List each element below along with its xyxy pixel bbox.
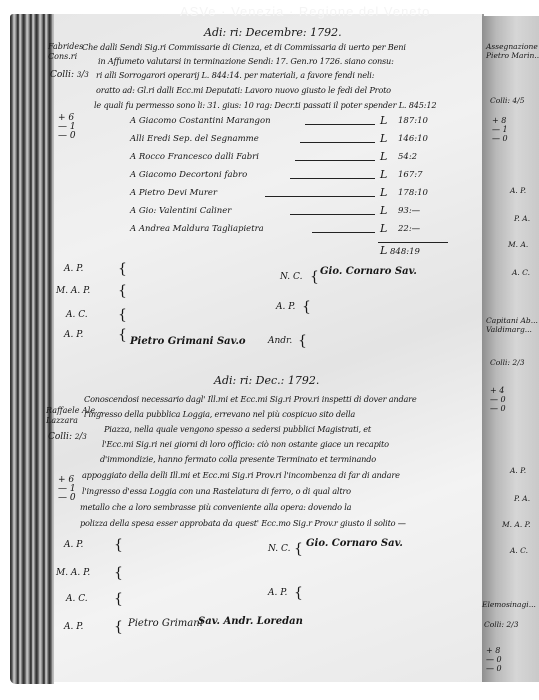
- brace-icon: {: [302, 300, 311, 314]
- entry-1-line: ri alli Sorrogarori operarij L. 844:14. …: [96, 70, 374, 80]
- signature-extra: Sav. Andr. Loredan: [198, 616, 303, 627]
- vote-label: M. A. P.: [502, 520, 531, 529]
- entry-1-tally: + 6 — 1 — 0: [58, 114, 76, 141]
- vote-label: A. P.: [64, 264, 83, 274]
- vote-label: A. C.: [66, 310, 88, 320]
- entry-2-line: l'Ecc.mi Sig.ri nei giorni di loro offic…: [102, 439, 389, 449]
- vote-label: Andr.: [268, 336, 292, 346]
- vote-label: A. C.: [512, 268, 530, 277]
- right-entry-2-colli: Colli: 2/3: [490, 358, 524, 367]
- entry-1-line: le quali fu permesso sono li: 31. gius: …: [94, 100, 436, 110]
- vote-label: P. A.: [514, 494, 530, 503]
- brace-icon: {: [298, 334, 307, 348]
- vote-label: A. P.: [64, 330, 83, 340]
- entry-1-line: oratto ad: Gl.ri dalli Ecc.mi Deputati: …: [96, 85, 391, 95]
- brace-icon: {: [310, 270, 319, 284]
- vote-label: A. P.: [268, 588, 287, 598]
- vote-label: A. C.: [66, 594, 88, 604]
- entry-2-line: appoggiato della delli Ill.mi et Ecc.mi …: [82, 470, 400, 480]
- book-binding-edge: [10, 14, 54, 684]
- vote-label: A. C.: [510, 546, 528, 555]
- vote-label: M. A.: [508, 240, 528, 249]
- archive-watermark: ASVe · Venezia · Regione del Veneto: [180, 4, 480, 19]
- ledger-row: A Giacomo Decortoni fabro L 167:7: [130, 168, 460, 186]
- brace-icon: {: [294, 542, 303, 556]
- right-entry-1-colli: Colli: 4/5: [490, 96, 524, 105]
- ledger-row: A Giacomo Costantini Marangon L 187:10: [130, 114, 460, 132]
- right-entry-1-tally: + 8 — 1 — 0: [492, 116, 508, 143]
- ledger-total: L 848:19: [380, 244, 420, 257]
- brace-icon: {: [118, 262, 127, 276]
- vote-label: A. P.: [510, 186, 526, 195]
- entry-2-line: metallo che a loro sembrasse più conveni…: [80, 502, 351, 512]
- brace-icon: {: [114, 566, 123, 580]
- entry-2-line: polizza della spesa esser approbata da q…: [80, 518, 406, 528]
- right-entry-1-name: Assegnazione Pietro Marin...: [486, 42, 539, 60]
- entry-2-date: Adi: ri: Dec.: 1792.: [214, 374, 319, 387]
- entry-2-colli: Colli: 2/3: [48, 432, 87, 442]
- total-rule: [378, 242, 448, 243]
- ledger-row: A Gio: Valentini Caliner L 93:—: [130, 204, 460, 222]
- right-entry-3-colli: Colli: 2/3: [484, 620, 518, 629]
- ledger-row: A Rocco Francesco dalli Fabri L 54:2: [130, 150, 460, 168]
- entry-1-date: Adi: ri: Decembre: 1792.: [204, 26, 342, 39]
- brace-icon: {: [294, 586, 303, 600]
- signature-left: Pietro Grimani: [128, 618, 203, 629]
- vote-label: A. P.: [510, 466, 526, 475]
- ledger-row: A Pietro Devi Murer L 178:10: [130, 186, 460, 204]
- entry-2-line: d'immondizie, hanno fermato colla presen…: [100, 454, 376, 464]
- vote-label: N. C.: [280, 272, 302, 282]
- entry-1-line: in Affumeto valutarsi in terminazione Se…: [98, 56, 394, 66]
- right-entry-2-tally: + 4 — 0 — 0: [490, 386, 506, 413]
- entry-2-line: Piazza, nella quale vengono spesso a sed…: [104, 424, 371, 434]
- right-entry-3-tally: + 8 — 0 — 0: [486, 646, 502, 673]
- vote-label: P. A.: [514, 214, 530, 223]
- signature-right: Gio. Cornaro Sav.: [320, 266, 417, 277]
- entry-2-line: Conoscendosi necessario dagl' Ill.mi et …: [84, 394, 417, 404]
- vote-label: M. A. P.: [56, 286, 90, 296]
- adjacent-page-strip: Assegnazione Pietro Marin... Colli: 4/5 …: [482, 16, 539, 682]
- entry-1-line: Che dalli Sendi Sig.ri Commissarie di Ci…: [82, 42, 406, 52]
- ledger-row: Alli Eredi Sep. del Segnamme L 146:10: [130, 132, 460, 150]
- entry-1-margin-name: Fabrides Cons.ri: [48, 42, 83, 62]
- vote-label: A. P.: [276, 302, 295, 312]
- right-entry-3-name: Elemosinagi...: [482, 600, 536, 609]
- entry-2-line: l'ingresso d'essa Loggia con una Rastela…: [82, 486, 351, 496]
- right-entry-2-name: Capitani Ab... Valdimarg...: [486, 316, 538, 334]
- brace-icon: {: [114, 538, 123, 552]
- vote-label: N. C.: [268, 544, 290, 554]
- entry-2-line: l'ingresso della pubblica Loggia, erreva…: [84, 409, 355, 419]
- brace-icon: {: [114, 620, 123, 634]
- vote-label: M. A. P.: [56, 568, 90, 578]
- payment-ledger: A Giacomo Costantini Marangon L 187:10 A…: [130, 114, 460, 240]
- brace-icon: {: [118, 308, 127, 322]
- brace-icon: {: [118, 328, 127, 342]
- vote-label: A. P.: [64, 622, 83, 632]
- ledger-row: A Andrea Maldura Tagliapietra L 22:—: [130, 222, 460, 240]
- brace-icon: {: [118, 284, 127, 298]
- brace-icon: {: [114, 592, 123, 606]
- manuscript-page: Adi: ri: Decembre: 1792. Fabrides Cons.r…: [54, 14, 484, 682]
- entry-2-tally: + 6 — 1 — 0: [58, 476, 76, 503]
- signature-right: Gio. Cornaro Sav.: [306, 538, 403, 549]
- vote-label: A. P.: [64, 540, 83, 550]
- signature-left: Pietro Grimani Sav.o: [130, 336, 246, 347]
- entry-1-colli: Colli: 3/3: [50, 70, 89, 80]
